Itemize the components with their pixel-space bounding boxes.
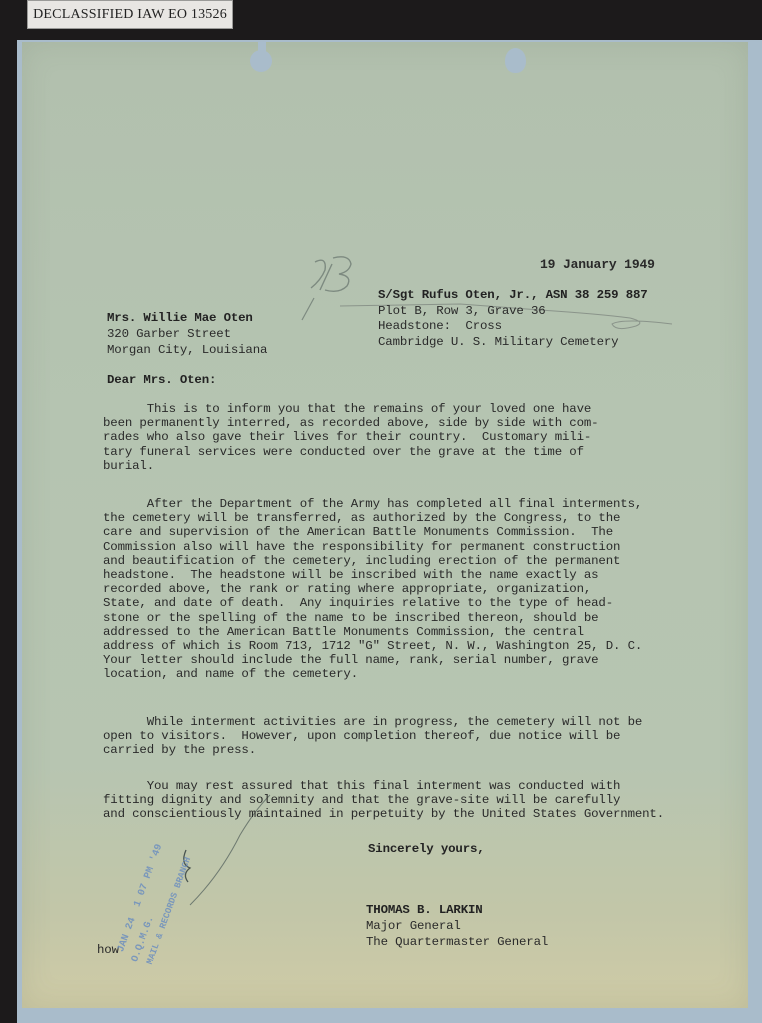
signer-title: The Quartermaster General [366,935,548,949]
signer-rank: Major General [366,919,461,933]
salutation: Dear Mrs. Oten: [107,373,216,387]
reference-block: S/Sgt Rufus Oten, Jr., ASN 38 259 887 Pl… [378,288,648,350]
recipient-city: Morgan City, Louisiana [107,343,267,357]
closing: Sincerely yours, [368,842,485,856]
recipient-address: Mrs. Willie Mae Oten 320 Garber Street M… [107,310,267,358]
reference-plot: Plot B, Row 3, Grave 36 [378,304,546,318]
signature-block: THOMAS B. LARKIN Major General The Quart… [366,902,548,950]
recipient-street: 320 Garber Street [107,327,231,341]
signer-name: THOMAS B. LARKIN [366,903,483,917]
received-stamp: JAN 24 1 07 PM '49 O.Q.M.G. MAIL & RECOR… [108,812,258,962]
reference-soldier: S/Sgt Rufus Oten, Jr., ASN 38 259 887 [378,288,648,302]
paragraph-1: This is to inform you that the remains o… [103,402,683,473]
reference-cemetery: Cambridge U. S. Military Cemetery [378,335,618,349]
letter-date: 19 January 1949 [540,258,655,272]
recipient-name: Mrs. Willie Mae Oten [107,311,253,325]
paragraph-3: While interment activities are in progre… [103,715,683,758]
paragraph-2: After the Department of the Army has com… [103,497,683,682]
reference-headstone: Headstone: Cross [378,319,502,333]
